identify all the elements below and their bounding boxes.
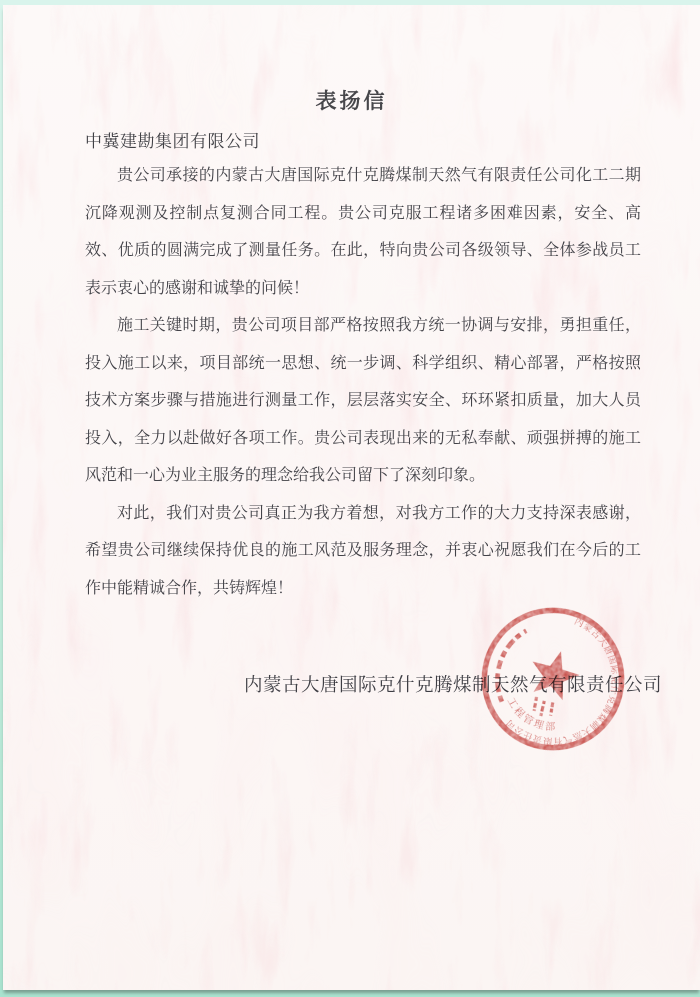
recipient-line: 中冀建勘集团有限公司 <box>85 127 260 152</box>
letter-body: 贵公司承接的内蒙古大唐国际克什克腾煤制天然气有限责任公司化工二期沉降观测及控制点… <box>85 157 641 607</box>
letter-title: 表扬信 <box>3 85 700 115</box>
seal-star-icon <box>525 645 585 703</box>
paragraph-1: 贵公司承接的内蒙古大唐国际克什克腾煤制天然气有限责任公司化工二期沉降观测及控制点… <box>85 157 641 307</box>
paragraph-3: 对此，我们对贵公司真正为我方着想，对我方工作的大力支持深表感谢，希望贵公司继续保… <box>85 495 641 608</box>
paragraph-2: 施工关键时期，贵公司项目部严格按照我方统一协调与安排，勇担重任，投入施工以来，项… <box>85 307 641 495</box>
company-seal: 内蒙古大唐国际克什克腾煤制天然气有限责任公司 工程管理部 <box>475 601 631 757</box>
paper: 表扬信 中冀建勘集团有限公司 贵公司承接的内蒙古大唐国际克什克腾煤制天然气有限责… <box>3 5 700 990</box>
scan-background: 表扬信 中冀建勘集团有限公司 贵公司承接的内蒙古大唐国际克什克腾煤制天然气有限责… <box>0 0 700 997</box>
